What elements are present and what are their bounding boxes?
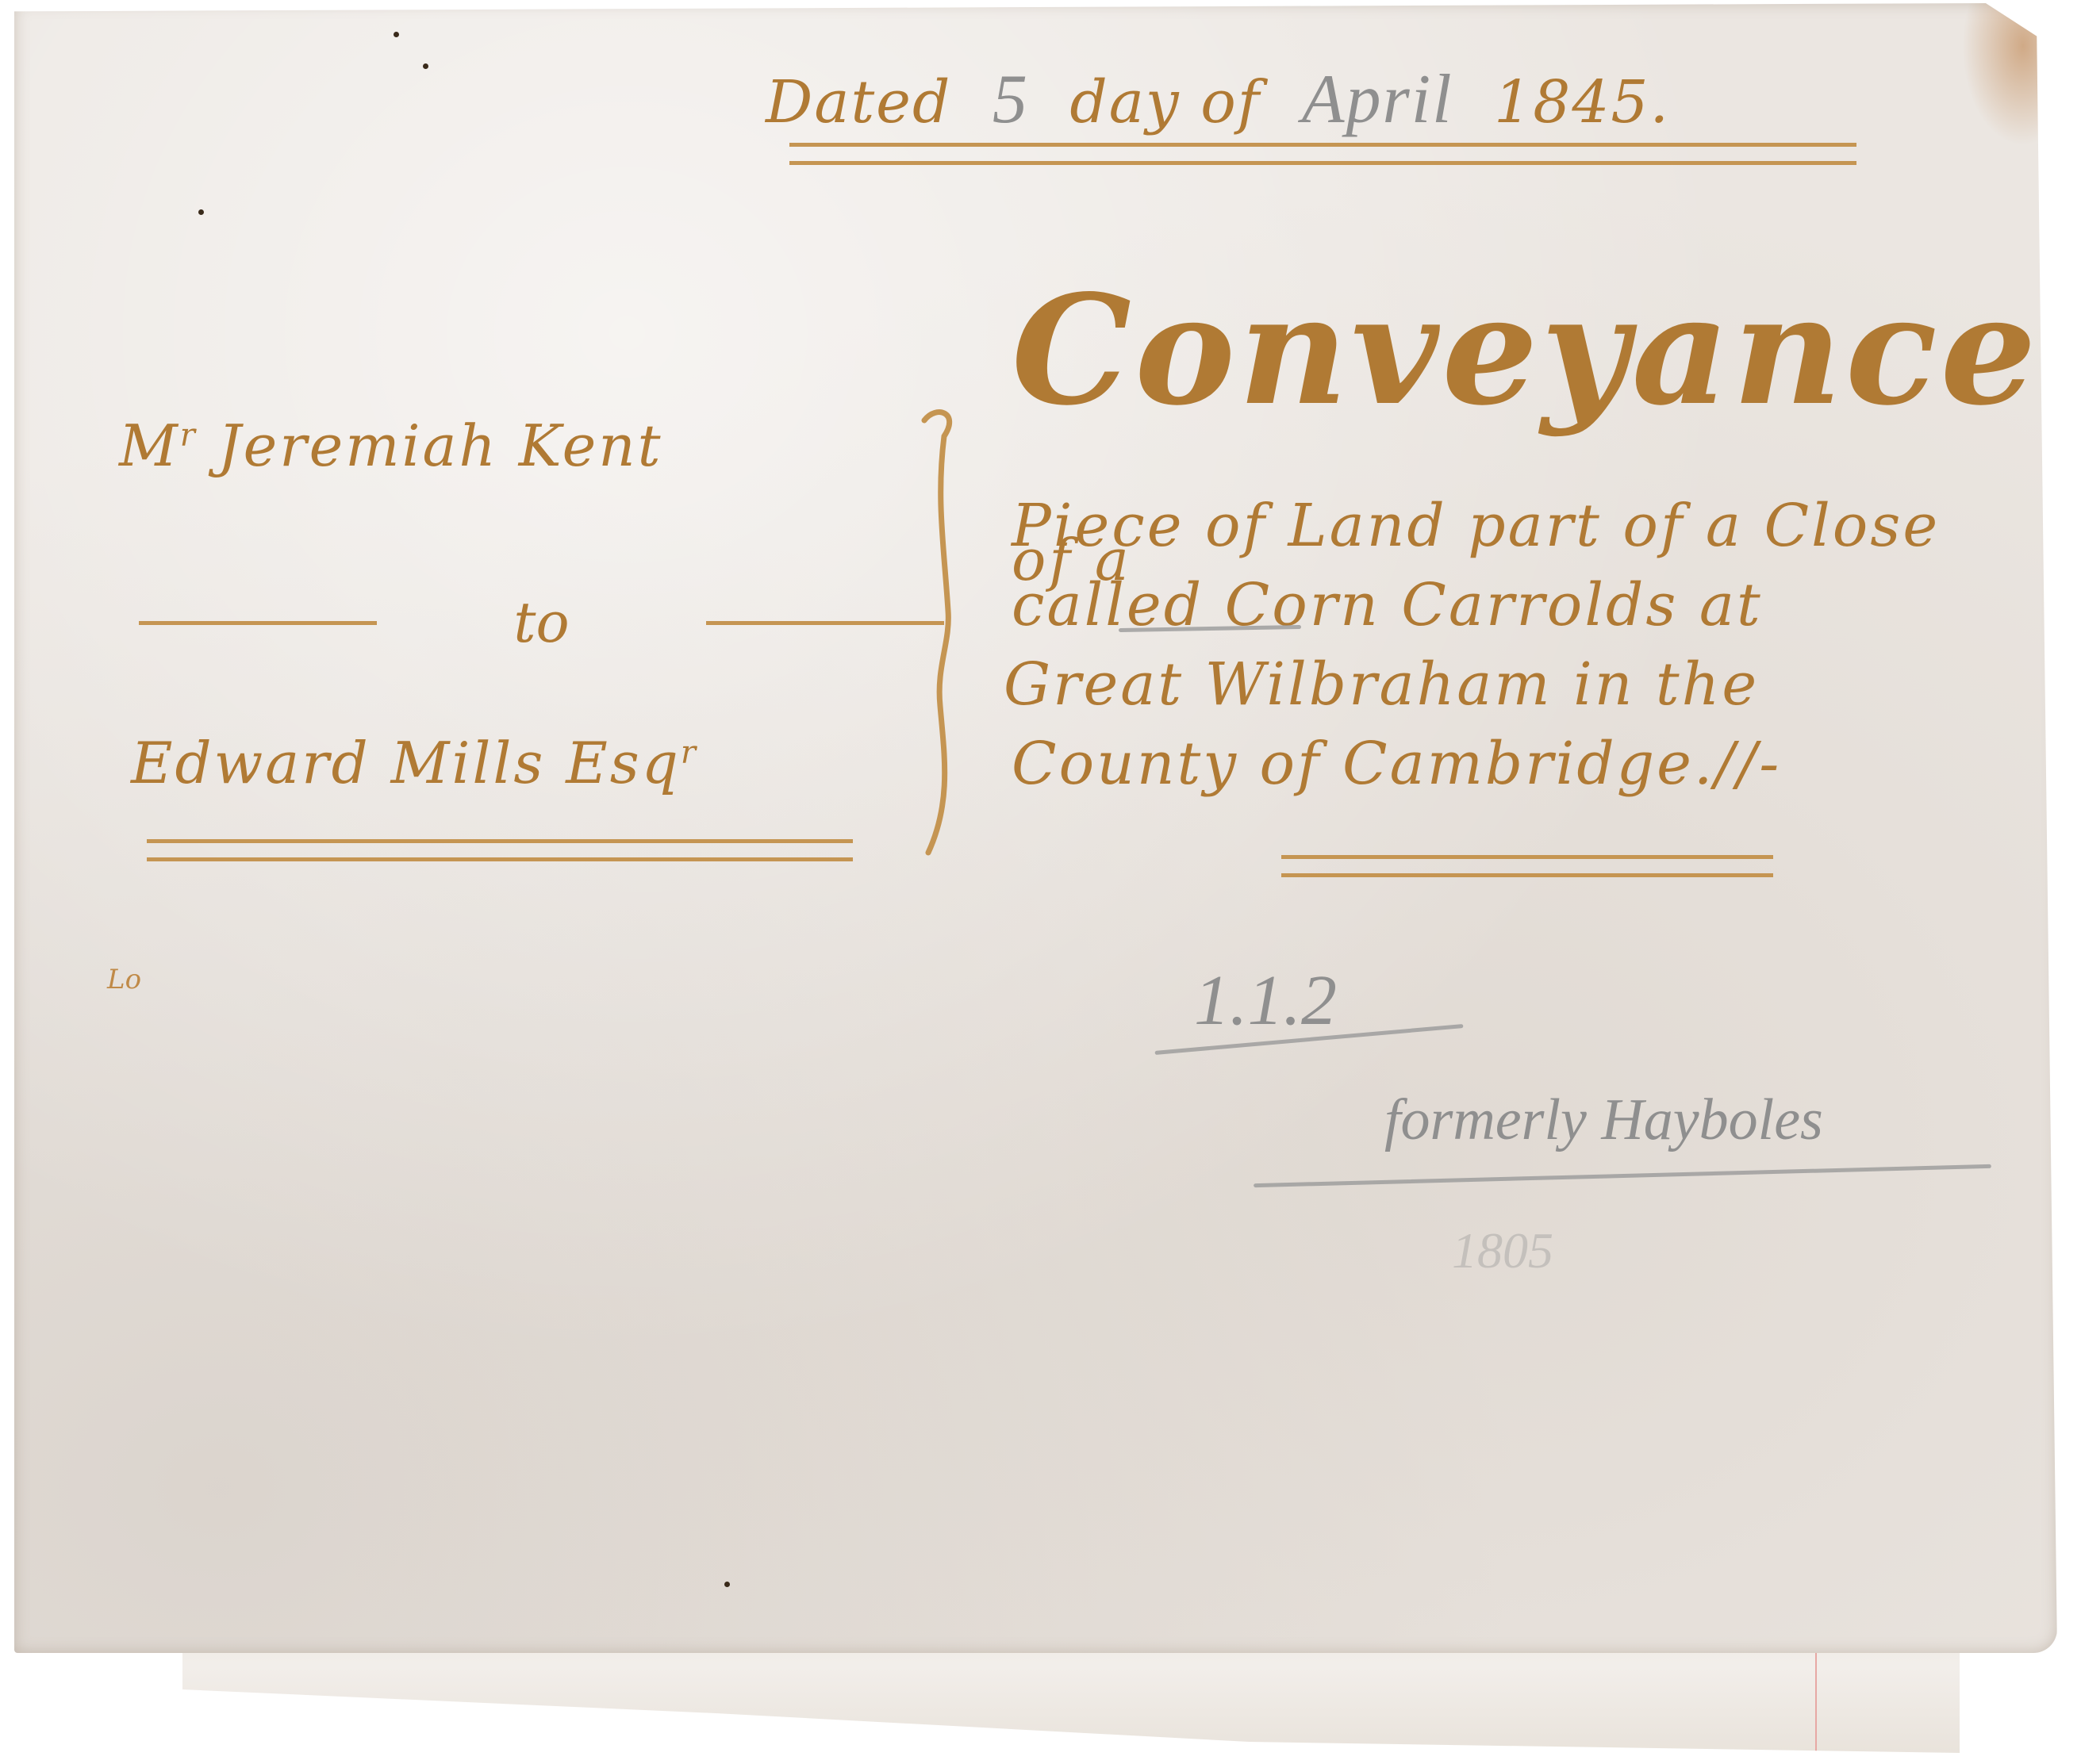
date-day: 5 [993,59,1029,140]
description-line-1: Piece of Land part of a Close [1012,492,1940,560]
date-middle: day of [1069,68,1261,136]
description-line-4: County of Cambridge.//- [1012,730,1781,798]
grantor-title: M [119,412,180,479]
grantor-title-sup: r [180,417,198,454]
title-word: Conveyance [1012,262,2040,439]
date-year: 1845. [1494,68,1670,136]
date-month: April [1302,59,1453,140]
speck [724,1582,730,1587]
corner-stain [1962,3,2049,146]
pencil-reference-number: 1.1.2 [1194,960,1337,1041]
curly-brace-icon [920,405,968,857]
parchment-sheet [14,3,2057,1653]
date-prefix: Dated [766,68,951,136]
margin-mark: Lo [107,964,141,995]
grantee-name-text: Edward Mills Esq [131,730,681,796]
date-double-rule [789,143,1856,165]
to-connector: to [513,590,569,655]
right-dash [706,621,944,625]
grantee-name: Edward Mills Esqr [131,730,698,796]
speck [394,32,399,37]
description-line-3: Great Wilbraham in the [1004,650,1759,719]
grantee-suffix-sup: r [681,734,698,771]
description-double-rule [1281,855,1773,877]
speck [423,63,428,69]
grantor-name: Mr Jeremiah Kent [119,412,663,479]
parties-double-rule [147,839,853,861]
speck [198,209,204,215]
to-connector-row: to [139,583,944,662]
grantor-name-text: Jeremiah Kent [218,412,663,479]
left-dash [139,621,377,625]
document-title: Conveyance of a [1012,262,2081,615]
pencil-faint-mark: 1805 [1452,1221,1553,1280]
pencil-former-name: formerly Hayboles [1384,1087,1823,1154]
